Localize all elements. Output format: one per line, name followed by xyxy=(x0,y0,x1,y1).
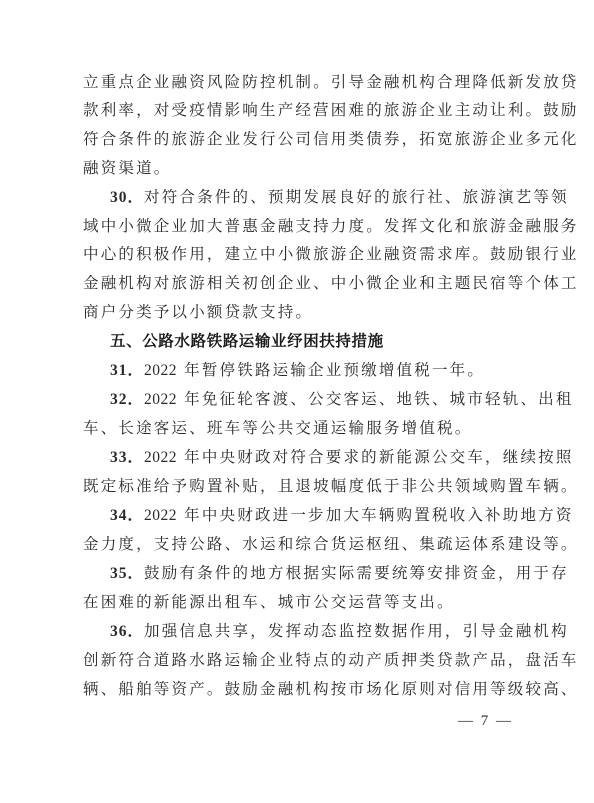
year: 2022 xyxy=(144,362,177,379)
paragraph-text: 加强信息共享，发挥动态监控数据作用，引导金融机构 xyxy=(144,622,569,640)
year: 2022 xyxy=(144,507,177,524)
paragraph-36-line-2: 创新符合道路水路运输企业特点的动产质押类贷款产品，盘活车 xyxy=(83,650,523,670)
paragraph-35-line-2: 在困难的新能源出租车、城市公交运营等支出。 xyxy=(83,592,523,612)
section-heading: 五、公路水路铁路运输业纾困扶持措施 xyxy=(110,331,550,351)
item-number: 30． xyxy=(110,189,144,206)
paragraph-text: 年中央财政进一步加大车辆购置税收入补助地方资 xyxy=(184,506,573,524)
page-number: — 7 — xyxy=(458,713,513,730)
item-number: 35． xyxy=(110,565,144,582)
paragraph-30-line-1: 30．对符合条件的、预期发展良好的旅行社、旅游演艺等领 xyxy=(110,187,550,207)
paragraph-text: 年中央财政对符合要求的新能源公交车，继续按照 xyxy=(184,448,573,466)
year: 2022 xyxy=(144,449,177,466)
paragraph-33-line-1: 33．2022 年中央财政对符合要求的新能源公交车，继续按照 xyxy=(110,447,550,467)
paragraph-30-line-2: 域中小微企业加大普惠金融支持力度。发挥文化和旅游金融服务 xyxy=(83,216,523,236)
item-number: 34． xyxy=(110,507,144,524)
paragraph-34-line-1: 34．2022 年中央财政进一步加大车辆购置税收入补助地方资 xyxy=(110,505,550,525)
paragraph-29-line-2: 款利率，对受疫情影响生产经营困难的旅游企业主动让利。鼓励 xyxy=(83,100,523,120)
paragraph-text: 对符合条件的、预期发展良好的旅行社、旅游演艺等领 xyxy=(144,188,569,206)
paragraph-31-line-1: 31．2022 年暂停铁路运输企业预缴增值税一年。 xyxy=(110,360,550,380)
paragraph-text: 鼓励有条件的地方根据实际需要统筹安排资金，用于存 xyxy=(144,564,569,582)
paragraph-30-line-4: 金融机构对旅游相关初创企业、中小微企业和主题民宿等个体工 xyxy=(83,273,523,293)
item-number: 32． xyxy=(110,391,144,408)
paragraph-34-line-2: 金力度，支持公路、水运和综合货运枢纽、集疏运体系建设等。 xyxy=(83,534,523,554)
item-number: 31． xyxy=(110,362,144,379)
paragraph-29-line-3: 符合条件的旅游企业发行公司信用类债券，拓宽旅游企业多元化 xyxy=(83,129,523,149)
paragraph-30-line-5: 商户分类予以小额贷款支持。 xyxy=(83,302,523,322)
paragraph-36-line-3: 辆、船舶等资产。鼓励金融机构按市场化原则对信用等级较高、 xyxy=(83,679,523,699)
paragraph-30-line-3: 中心的积极作用，建立中小微旅游企业融资需求库。鼓励银行业 xyxy=(83,244,523,264)
paragraph-32-line-2: 车、长途客运、班车等公共交通运输服务增值税。 xyxy=(83,418,523,438)
paragraph-29-line-1: 立重点企业融资风险防控机制。引导金融机构合理降低新发放贷 xyxy=(83,72,523,92)
paragraph-36-line-1: 36．加强信息共享，发挥动态监控数据作用，引导金融机构 xyxy=(110,621,550,641)
item-number: 33． xyxy=(110,449,144,466)
paragraph-35-line-1: 35．鼓励有条件的地方根据实际需要统筹安排资金，用于存 xyxy=(110,563,550,583)
item-number: 36． xyxy=(110,623,144,640)
paragraph-text: 年免征轮客渡、公交客运、地铁、城市轻轨、出租 xyxy=(184,390,573,408)
paragraph-33-line-2: 既定标准给予购置补贴，且退坡幅度低于非公共领域购置车辆。 xyxy=(83,476,523,496)
paragraph-32-line-1: 32．2022 年免征轮客渡、公交客运、地铁、城市轻轨、出租 xyxy=(110,389,550,409)
paragraph-text: 年暂停铁路运输企业预缴增值税一年。 xyxy=(184,361,485,379)
document-page: 立重点企业融资风险防控机制。引导金融机构合理降低新发放贷 款利率，对受疫情影响生… xyxy=(0,0,594,803)
paragraph-29-line-4: 融资渠道。 xyxy=(83,158,523,178)
year: 2022 xyxy=(144,391,177,408)
